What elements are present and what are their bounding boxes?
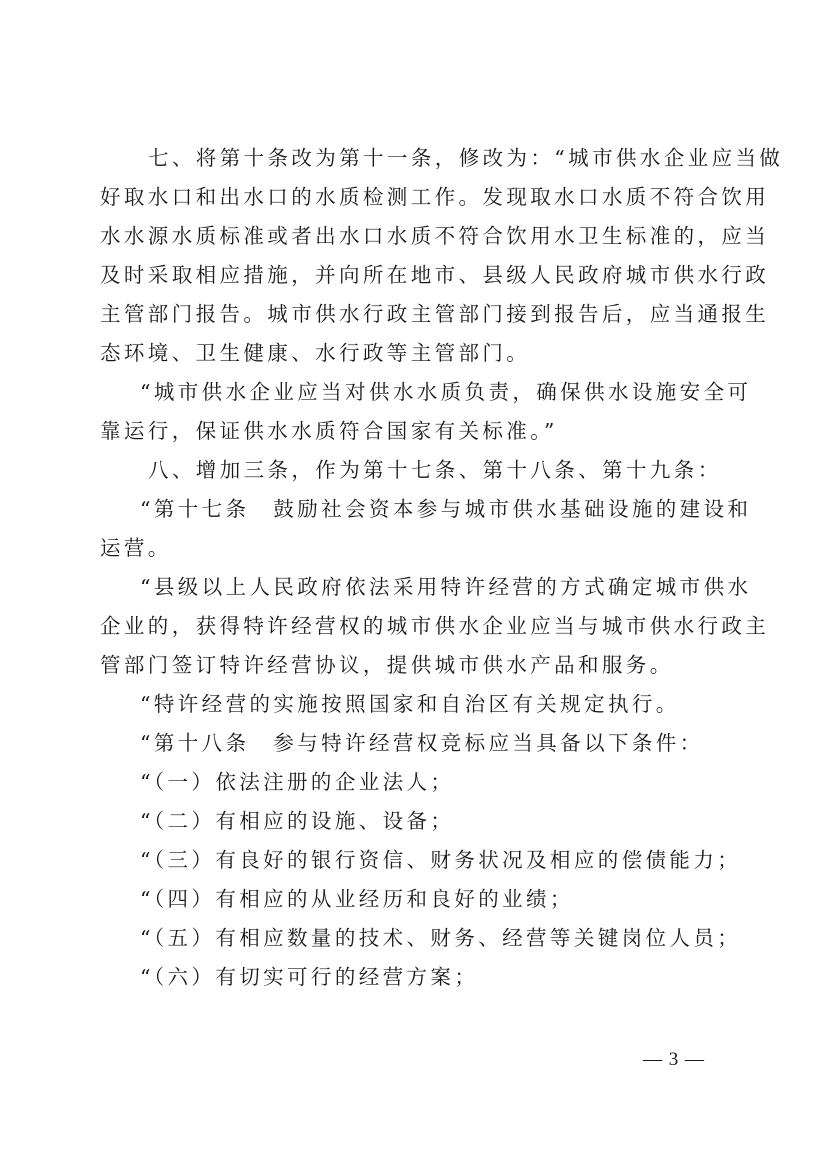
paragraph-line: 主管部门报告。城市供水行政主管部门接到报告后，应当通报生	[100, 295, 726, 334]
paragraph-line: 好取水口和出水口的水质检测工作。发现取水口水质不符合饮用	[100, 178, 726, 217]
list-item: “（一）依法注册的企业法人；	[100, 763, 726, 802]
paragraph-line: “城市供水企业应当对供水水质负责，确保供水设施安全可	[100, 373, 726, 412]
paragraph-line: 八、增加三条，作为第十七条、第十八条、第十九条：	[100, 451, 726, 490]
document-body: 七、将第十条改为第十一条，修改为：“城市供水企业应当做 好取水口和出水口的水质检…	[100, 139, 726, 997]
list-item: “（五）有相应数量的技术、财务、经营等关键岗位人员；	[100, 919, 726, 958]
list-item: “（三）有良好的银行资信、财务状况及相应的偿债能力；	[100, 841, 726, 880]
paragraph-line: 七、将第十条改为第十一条，修改为：“城市供水企业应当做	[100, 139, 726, 178]
paragraph-line: 运营。	[100, 529, 726, 568]
paragraph-line: 及时采取相应措施，并向所在地市、县级人民政府城市供水行政	[100, 256, 726, 295]
paragraph-line: 管部门签订特许经营协议，提供城市供水产品和服务。	[100, 646, 726, 685]
paragraph-line: 水水源水质标准或者出水口水质不符合饮用水卫生标准的，应当	[100, 217, 726, 256]
paragraph-line: “第十七条 鼓励社会资本参与城市供水基础设施的建设和	[100, 490, 726, 529]
list-item: “（六）有切实可行的经营方案；	[100, 958, 726, 997]
paragraph-line: 靠运行，保证供水水质符合国家有关标准。”	[100, 412, 726, 451]
paragraph-line: “特许经营的实施按照国家和自治区有关规定执行。	[100, 685, 726, 724]
paragraph-line: 企业的，获得特许经营权的城市供水企业应当与城市供水行政主	[100, 607, 726, 646]
paragraph-line: 态环境、卫生健康、水行政等主管部门。	[100, 334, 726, 373]
page-number: — 3 —	[643, 1049, 705, 1071]
list-item: “（二）有相应的设施、设备；	[100, 802, 726, 841]
list-item: “（四）有相应的从业经历和良好的业绩；	[100, 880, 726, 919]
paragraph-line: “第十八条 参与特许经营权竞标应当具备以下条件：	[100, 724, 726, 763]
paragraph-line: “县级以上人民政府依法采用特许经营的方式确定城市供水	[100, 568, 726, 607]
